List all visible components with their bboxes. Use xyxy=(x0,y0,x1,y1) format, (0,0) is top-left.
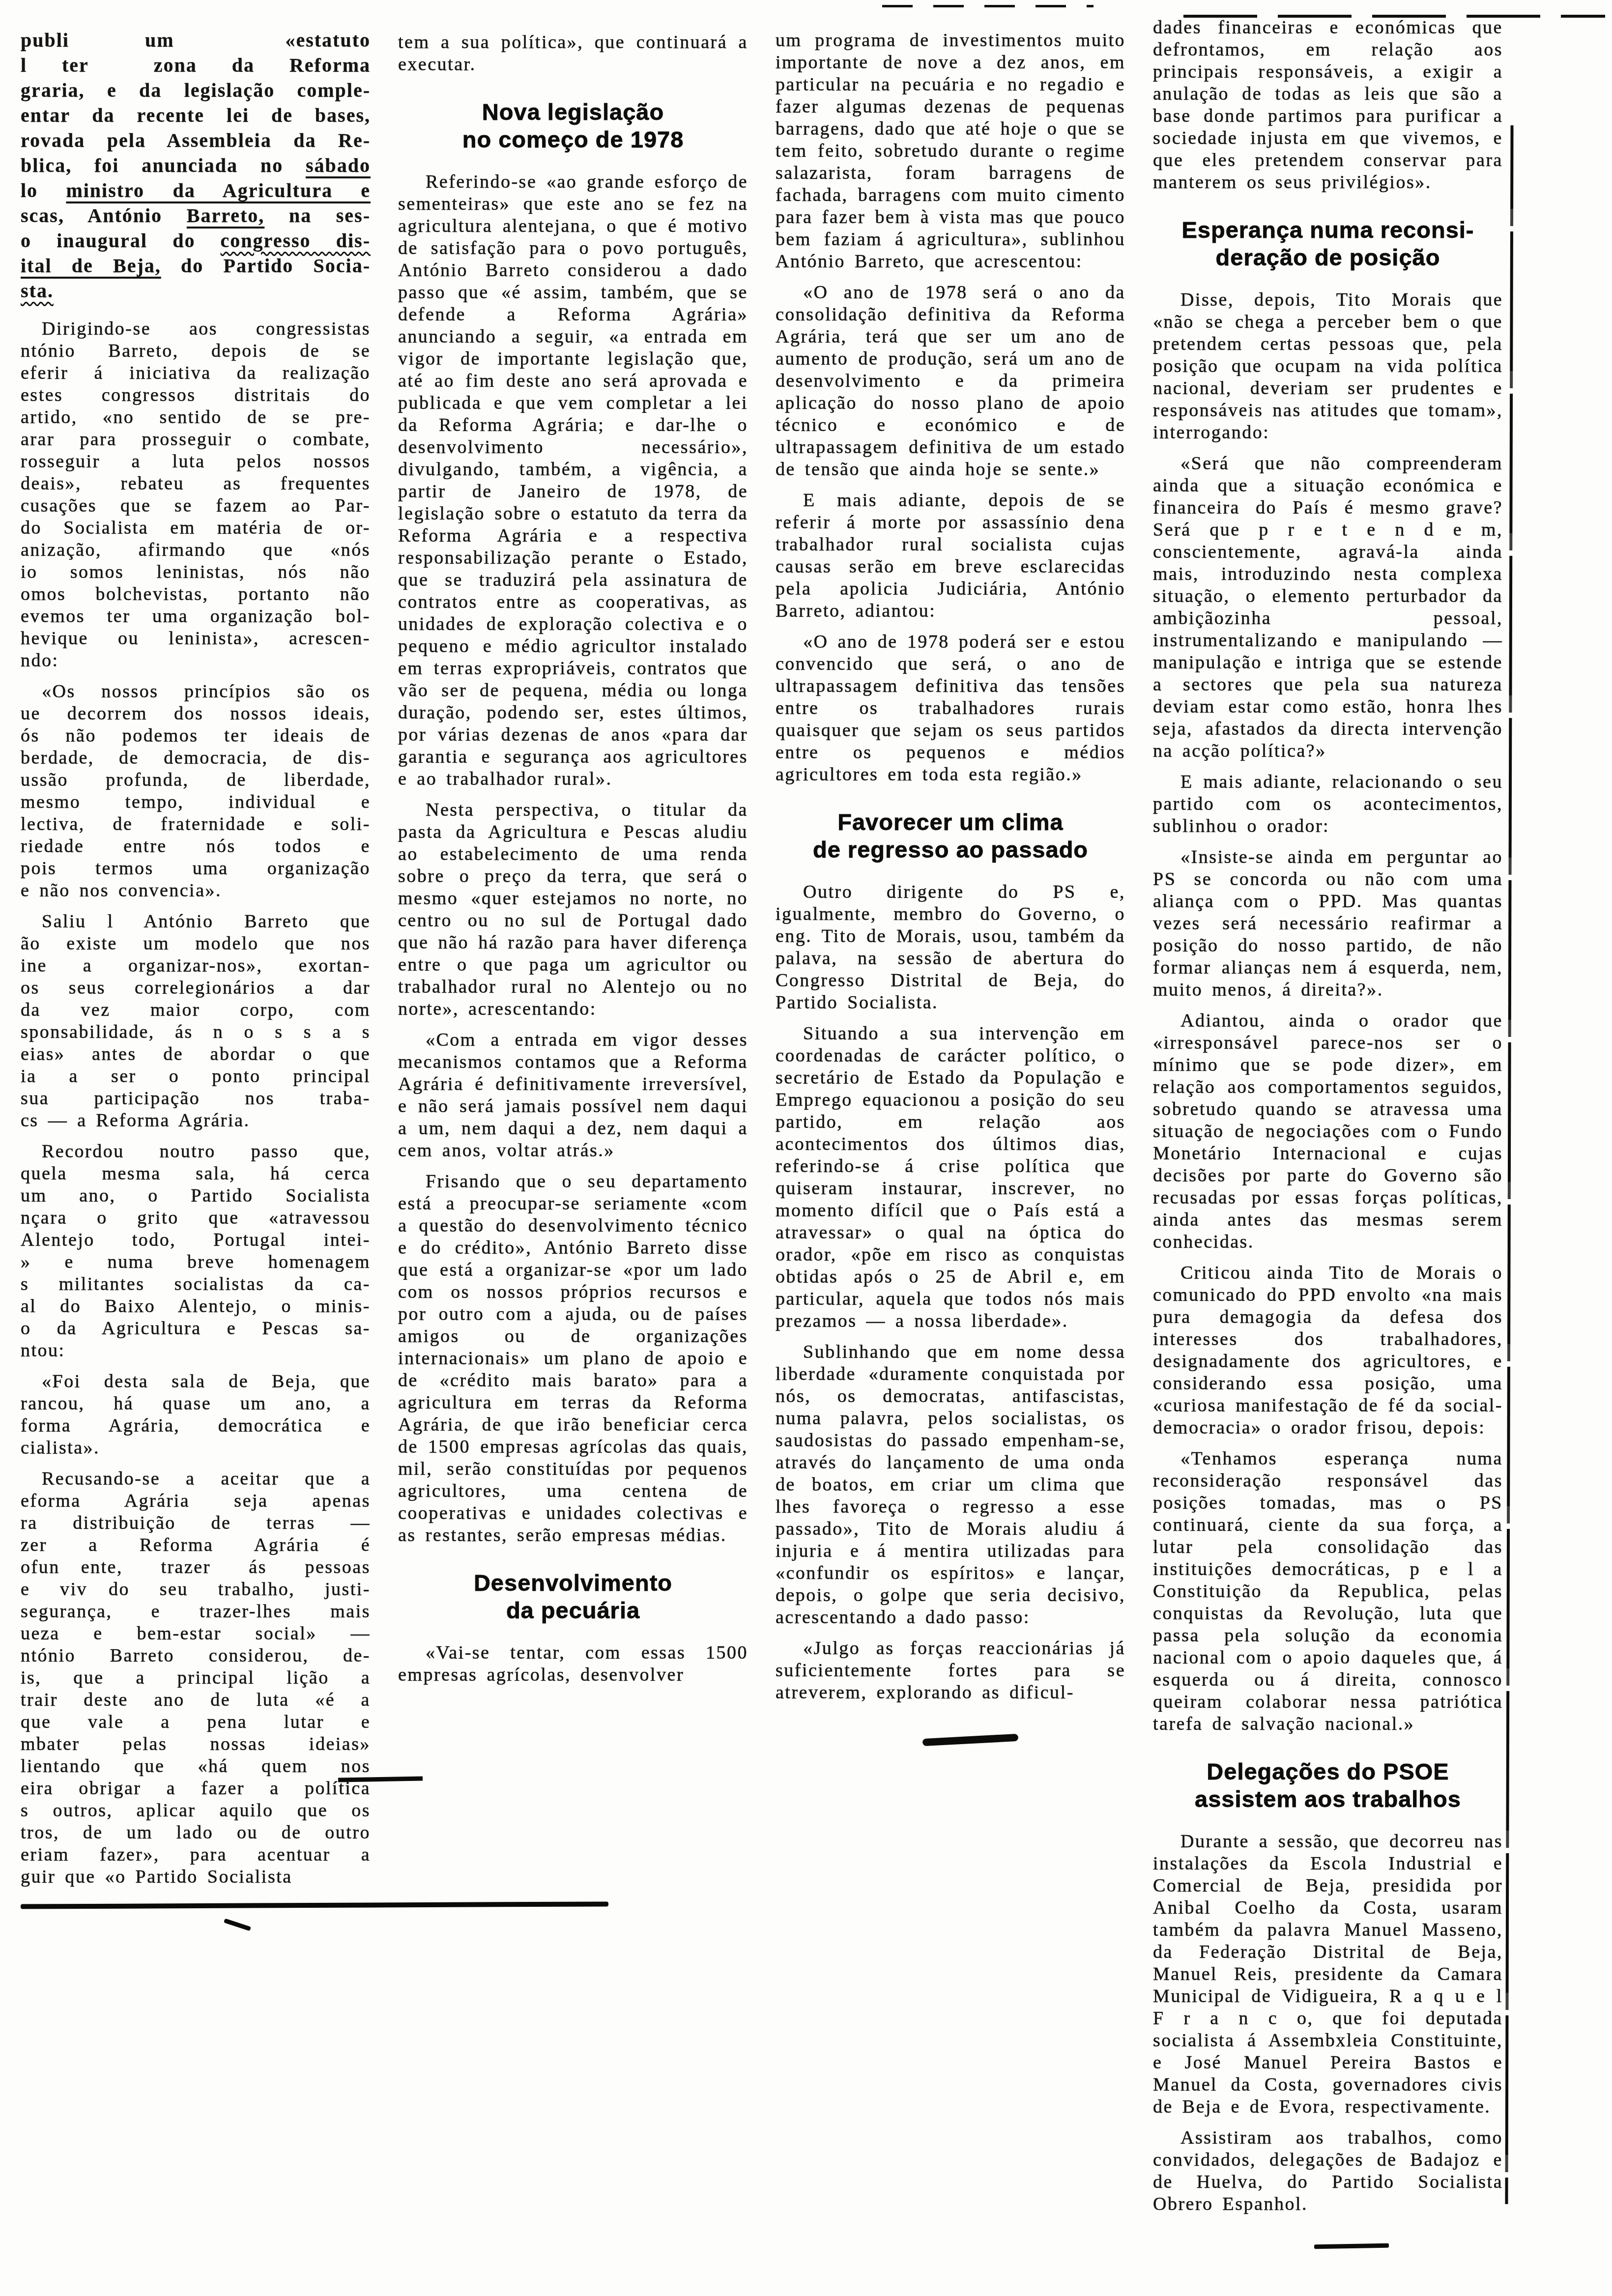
body-paragraph: «O ano de 1978 será o ano da consolidaçã… xyxy=(776,282,1125,481)
text-line: ine a organizar-nos», exortan- xyxy=(21,955,371,977)
text-segment: publi um «estatuto xyxy=(21,29,371,51)
column-divider-rule xyxy=(1505,125,1513,2204)
text-line: ão existe um modelo que nos xyxy=(21,933,371,955)
body-paragraph-cropped: Saliu l António Barreto queão existe um … xyxy=(21,911,371,1132)
body-paragraph: «Julgo as forças reaccionárias já sufici… xyxy=(776,1637,1125,1704)
text-segment: graria, e da legislação comple- xyxy=(21,79,371,101)
text-line: Alentejo todo, Portugal intei- xyxy=(21,1229,371,1251)
body-paragraph: «O ano de 1978 poderá ser e estou conven… xyxy=(776,631,1125,786)
text-line: sta. xyxy=(21,278,371,303)
text-line: cs — a Reforma Agrária. xyxy=(21,1110,371,1132)
text-line: pois termos uma organização xyxy=(21,858,371,880)
underlined-word: ministro da Agricultura e xyxy=(66,179,371,201)
body-paragraph-cropped: «Foi desta sala de Beja, querancou, há q… xyxy=(21,1371,371,1459)
text-line: lectiva, de fraternidade e soli- xyxy=(21,813,371,835)
text-line: io somos leninistas, nós não xyxy=(21,561,371,583)
body-paragraph: «Insiste-se ainda em perguntar ao PS se … xyxy=(1153,846,1503,1001)
text-segment: blica, foi anunciada no xyxy=(21,154,306,176)
text-line: anização, afirmando que «nós xyxy=(21,539,371,561)
body-paragraph: «Tenhamos esperança numa reconsideração … xyxy=(1153,1448,1503,1735)
text-line: forma Agrária, democrática e xyxy=(21,1415,371,1437)
text-line: cusações que se fazem ao Par- xyxy=(21,495,371,517)
body-paragraph: E mais adiante, relacionando o seu parti… xyxy=(1153,771,1503,837)
body-paragraph: Outro dirigente do PS e, igualmente, mem… xyxy=(776,881,1125,1014)
text-line: sua participação nos traba- xyxy=(21,1088,371,1110)
text-column-4: dades financeiras e económicas que defro… xyxy=(1153,15,1503,2248)
text-line: sponsabilidade, ás n o s s a s xyxy=(21,1021,371,1043)
text-line: scas, António Barreto, na ses- xyxy=(21,203,371,228)
text-line: ia a ser o ponto principal xyxy=(21,1065,371,1088)
text-line: do Socialista em matéria de or- xyxy=(21,517,371,539)
body-paragraph-cropped: Recordou noutro passo que,quela mesma sa… xyxy=(21,1141,371,1362)
section-heading: Favorecer um clima de regresso ao passad… xyxy=(776,808,1125,863)
text-line: mbater pelas nossas ideias» xyxy=(21,1733,371,1755)
text-line: trair deste ano de luta «é a xyxy=(21,1689,371,1711)
end-of-article-mark xyxy=(1314,2243,1388,2249)
text-line: ntónio Barreto considerou, de- xyxy=(21,1645,371,1667)
body-paragraph: Situando a sua intervenção em coordenada… xyxy=(776,1023,1125,1332)
text-segment: do Partido Socia- xyxy=(161,255,371,277)
body-paragraph-cropped: Dirigindo-se aos congressistasntónio Bar… xyxy=(21,318,371,672)
text-line: estes congressos distritais do xyxy=(21,384,371,406)
text-segment: scas, António xyxy=(21,204,187,227)
text-line: Recordou noutro passo que, xyxy=(21,1141,371,1163)
body-paragraph: tem a sua política», que continuará a ex… xyxy=(398,31,748,76)
annotation-tick xyxy=(224,1919,251,1931)
body-paragraph: Criticou ainda Tito de Morais o comunica… xyxy=(1153,1262,1503,1439)
torn-edge-dashes xyxy=(882,5,1094,7)
body-paragraph: Assistiram aos trabalhos, como convidado… xyxy=(1153,2127,1503,2215)
lede-paragraph: publi um «estatutol ter zona da Reformag… xyxy=(21,28,371,303)
section-heading: Desenvolvimento da pecuária xyxy=(398,1569,748,1624)
column-3-text: um programa de investimentos muito impor… xyxy=(776,29,1125,1704)
section-heading: Delegações do PSOE assistem aos trabalho… xyxy=(1153,1758,1503,1813)
underlined-word: Barreto, xyxy=(187,204,265,227)
text-line: blica, foi anunciada no sábado xyxy=(21,153,371,178)
text-line: l ter zona da Reforma xyxy=(21,53,371,78)
body-paragraph: E mais adiante, depois de se referir á m… xyxy=(776,489,1125,622)
underlined-word: ital de Beja, xyxy=(21,255,161,277)
text-line: Saliu l António Barreto que xyxy=(21,911,371,933)
section-heading: Nova legislação no começo de 1978 xyxy=(398,98,748,153)
text-segment: lo xyxy=(21,179,66,201)
text-line: rosseguir a luta pelos nossos xyxy=(21,451,371,473)
body-paragraph: Sublinhando que em nome dessa liberdade … xyxy=(776,1341,1125,1629)
text-line: tros, de um lado ou de outro xyxy=(21,1822,371,1844)
body-paragraph: dades financeiras e económicas que defro… xyxy=(1153,17,1503,194)
text-line: e viv do seu trabalho, justi- xyxy=(21,1578,371,1601)
underlined-word: sábado xyxy=(306,154,371,176)
text-line: s militantes socialistas da ca- xyxy=(21,1273,371,1295)
text-line: arar para prosseguir o combate, xyxy=(21,429,371,451)
text-line: mesmo tempo, individual e xyxy=(21,791,371,813)
column-1-text: publi um «estatutol ter zona da Reformag… xyxy=(21,28,371,1888)
text-line: e não nos convencia». xyxy=(21,880,371,902)
text-line: rovada pela Assembleia da Re- xyxy=(21,128,371,153)
text-line: Recusando-se a aceitar que a xyxy=(21,1468,371,1490)
text-column-3: um programa de investimentos muito impor… xyxy=(776,15,1125,1744)
text-line: rancou, há quase um ano, a xyxy=(21,1393,371,1415)
text-segment: na ses- xyxy=(264,204,371,227)
body-paragraph: Adiantou, ainda o orador que «irresponsá… xyxy=(1153,1010,1503,1253)
text-line: nçara o grito que «atravessou xyxy=(21,1207,371,1229)
newspaper-scan-page: publi um «estatutol ter zona da Reformag… xyxy=(0,0,1612,2296)
text-line: omos bolchevistas, portanto não xyxy=(21,583,371,605)
text-line: o inaugural do congresso dis- xyxy=(21,228,371,253)
body-paragraph: um programa de investimentos muito impor… xyxy=(776,29,1125,273)
text-line: eriam fazer», para acentuar a xyxy=(21,1844,371,1866)
body-paragraph: Disse, depois, Tito Morais que «não se c… xyxy=(1153,289,1503,444)
text-line: «Foi desta sala de Beja, que xyxy=(21,1371,371,1393)
text-line: riedade entre nós todos e xyxy=(21,835,371,858)
underlined-word: congresso dis- xyxy=(221,230,371,252)
text-line: al do Baixo Alentejo, o minis- xyxy=(21,1295,371,1318)
text-line: s outros, aplicar aquilo que os xyxy=(21,1800,371,1822)
text-segment: l ter zona da Reforma xyxy=(21,54,371,76)
body-paragraph: «Vai-se tentar, com essas 1500 empresas … xyxy=(398,1642,748,1686)
body-paragraph: Referindo-se «ao grande esforço de semen… xyxy=(398,171,748,790)
body-paragraph: Durante a sessão, que decorreu nas insta… xyxy=(1153,1831,1503,2118)
text-line: lientando que «há quem nos xyxy=(21,1755,371,1778)
text-line: graria, e da legislação comple- xyxy=(21,78,371,103)
text-line: ital de Beja, do Partido Socia- xyxy=(21,253,371,278)
text-column-2: tem a sua política», que continuará a ex… xyxy=(398,15,748,1695)
text-segment: rovada pela Assembleia da Re- xyxy=(21,129,371,151)
text-line: eias» antes de abordar o que xyxy=(21,1043,371,1065)
text-line: cialista». xyxy=(21,1437,371,1459)
text-line: deais», rebateu as frequentes xyxy=(21,473,371,495)
section-heading: Esperança numa reconsi- deração de posiç… xyxy=(1153,216,1503,271)
text-line: publi um «estatuto xyxy=(21,28,371,53)
text-line: segurança, e trazer-lhes mais xyxy=(21,1601,371,1623)
text-segment: o inaugural do xyxy=(21,230,221,252)
text-segment: entar da recente lei de bases, xyxy=(21,104,371,126)
text-line: guir que «o Partido Socialista xyxy=(21,1866,371,1888)
column-4-text: dades financeiras e económicas que defro… xyxy=(1153,17,1503,2215)
text-line: eira obrigar a fazer a política xyxy=(21,1778,371,1800)
text-line: eferir á iniciativa da realização xyxy=(21,362,371,384)
end-of-column-mark xyxy=(922,1734,1019,1746)
text-line: ós não podemos ter ideais de xyxy=(21,725,371,747)
text-line: ue decorrem dos nossos ideais, xyxy=(21,703,371,725)
article-columns: publi um «estatutol ter zona da Reformag… xyxy=(21,15,1503,2248)
text-line: berdade, de democracia, de dis- xyxy=(21,747,371,769)
text-line: ueza e bem-estar social» — xyxy=(21,1623,371,1645)
body-paragraph: Nesta perspectiva, o titular da pasta da… xyxy=(398,799,748,1020)
body-paragraph: «Será que não compreenderam ainda que a … xyxy=(1153,453,1503,762)
body-paragraph: Frisando que o seu departamento está a p… xyxy=(398,1171,748,1547)
text-line: ntónio Barreto, depois de se xyxy=(21,340,371,362)
text-line: ussão profunda, de liberdade, xyxy=(21,769,371,791)
text-line: um ano, o Partido Socialista xyxy=(21,1185,371,1207)
text-line: eforma Agrária seja apenas xyxy=(21,1490,371,1512)
body-paragraph: «Com a entrada em vigor desses mecanismo… xyxy=(398,1029,748,1162)
underlined-word: sta. xyxy=(21,280,54,302)
text-line: ndo: xyxy=(21,650,371,672)
text-line: o da Agricultura e Pescas sa- xyxy=(21,1318,371,1340)
text-line: «Os nossos princípios são os xyxy=(21,681,371,703)
text-line: entar da recente lei de bases, xyxy=(21,103,371,128)
body-paragraph-cropped: Recusando-se a aceitar que aeforma Agrár… xyxy=(21,1468,371,1888)
text-line: is, que a principal lição a xyxy=(21,1667,371,1689)
text-column-1: publi um «estatutol ter zona da Reformag… xyxy=(21,15,371,1927)
text-line: Dirigindo-se aos congressistas xyxy=(21,318,371,340)
text-line: hevique ou leninista», acrescen- xyxy=(21,628,371,650)
column-2-text: tem a sua política», que continuará a ex… xyxy=(398,31,748,1686)
text-line: evemos ter uma organização bol- xyxy=(21,605,371,628)
text-line: » e numa breve homenagem xyxy=(21,1251,371,1273)
text-line: os seus correlegionários a dar xyxy=(21,977,371,999)
text-line: lo ministro da Agricultura e xyxy=(21,178,371,203)
text-line: ra distribuição de terras — xyxy=(21,1512,371,1534)
body-paragraph-cropped: «Os nossos princípios são osue decorrem … xyxy=(21,681,371,902)
text-line: zer a Reforma Agrária é xyxy=(21,1534,371,1556)
text-line: que vale a pena lutar e xyxy=(21,1711,371,1733)
text-line: artido, «no sentido de se pre- xyxy=(21,406,371,429)
annotation-rule xyxy=(21,1901,608,1909)
text-line: quela mesma sala, há cerca xyxy=(21,1163,371,1185)
text-line: ofun ente, trazer ás pessoas xyxy=(21,1556,371,1578)
text-line: ntou: xyxy=(21,1340,371,1362)
text-line: da vez maior corpo, com xyxy=(21,999,371,1021)
